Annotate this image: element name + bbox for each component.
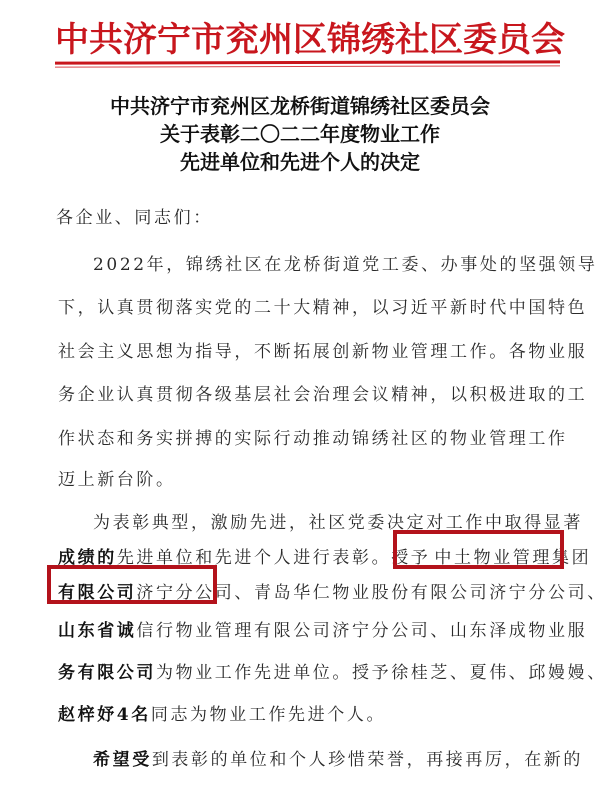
- p1-line-4: 务企业认真贯彻各级基层社会治理会议精神，以积极进取的工: [58, 377, 558, 413]
- letterhead-org-name: 中共济宁市兖州区锦绣社区委员会: [55, 20, 560, 60]
- p2-line-5-text: 为物业工作先进单位。授予徐桂芝、夏伟、邱嫚嫚、: [156, 663, 600, 683]
- p2-line-4-bold: 山东省诚: [58, 621, 136, 641]
- p2-line-6-text: 同志为物业工作先进个人。: [151, 705, 386, 725]
- p2-line-2-bold: 成绩的: [58, 548, 117, 568]
- highlighted-company-part-1: 中土物业管理集团: [434, 548, 591, 568]
- document-title: 中共济宁市兖州区龙桥街道锦绣社区委员会 关于表彰二〇二二年度物业工作 先进单位和…: [0, 92, 600, 176]
- p2-line-3: 有限公司济宁分公司、青岛华仁物业股份有限公司济宁分公司、: [58, 575, 558, 611]
- p2-line-5-bold: 务有限公司: [58, 663, 156, 683]
- p2-line-3-bold: 有限公司: [58, 583, 136, 603]
- title-line-3: 先进单位和先进个人的决定: [0, 148, 600, 176]
- highlighted-company-part-2: 济宁分公司: [136, 583, 234, 603]
- letterhead-rule: [55, 60, 560, 64]
- title-line-1: 中共济宁市兖州区龙桥街道锦绣社区委员会: [0, 92, 600, 120]
- p2-line-2-text: 先进单位和先进个人进行表彰。授予: [117, 548, 431, 568]
- title-line-2: 关于表彰二〇二二年度物业工作: [0, 120, 600, 148]
- p3-line-1-bold: 希望受: [93, 750, 152, 770]
- p3-line-1-text: 到表彰的单位和个人珍惜荣誉，再接再厉，在新的: [152, 750, 583, 770]
- p1-line-1: 2022年，锦绣社区在龙桥街道党工委、办事处的坚强领导: [93, 247, 593, 283]
- p1-line-2: 下，认真贯彻落实党的二十大精神，以习近平新时代中国特色: [58, 290, 558, 326]
- salutation: 各企业、同志们：: [56, 200, 556, 236]
- p1-line-5: 作状态和务实拼搏的实际行动推动锦绣社区的物业管理工作: [58, 421, 558, 457]
- p2-line-6-bold: 赵梓妤4名: [58, 705, 151, 725]
- p2-line-4: 山东省诚信行物业管理有限公司济宁分公司、山东泽成物业服: [58, 613, 558, 649]
- p2-line-5: 务有限公司为物业工作先进单位。授予徐桂芝、夏伟、邱嫚嫚、: [58, 655, 558, 691]
- p1-line-3: 社会主义思想为指导，不断拓展创新物业管理工作。各物业服: [58, 334, 558, 370]
- p2-line-6: 赵梓妤4名同志为物业工作先进个人。: [58, 697, 558, 733]
- letterhead-rule-thin: [55, 65, 560, 67]
- p1-line-6: 迈上新台阶。: [58, 462, 558, 498]
- p2-line-3-text: 、青岛华仁物业股份有限公司济宁分公司、: [234, 583, 600, 603]
- p2-line-1: 为表彰典型，激励先进，社区党委决定对工作中取得显著: [93, 505, 593, 541]
- p2-line-4-text: 信行物业管理有限公司济宁分公司、山东泽成物业服: [136, 621, 587, 641]
- p2-line-2: 成绩的先进单位和先进个人进行表彰。授予中土物业管理集团: [58, 540, 558, 576]
- p3-line-1: 希望受到表彰的单位和个人珍惜荣誉，再接再厉，在新的: [93, 742, 593, 778]
